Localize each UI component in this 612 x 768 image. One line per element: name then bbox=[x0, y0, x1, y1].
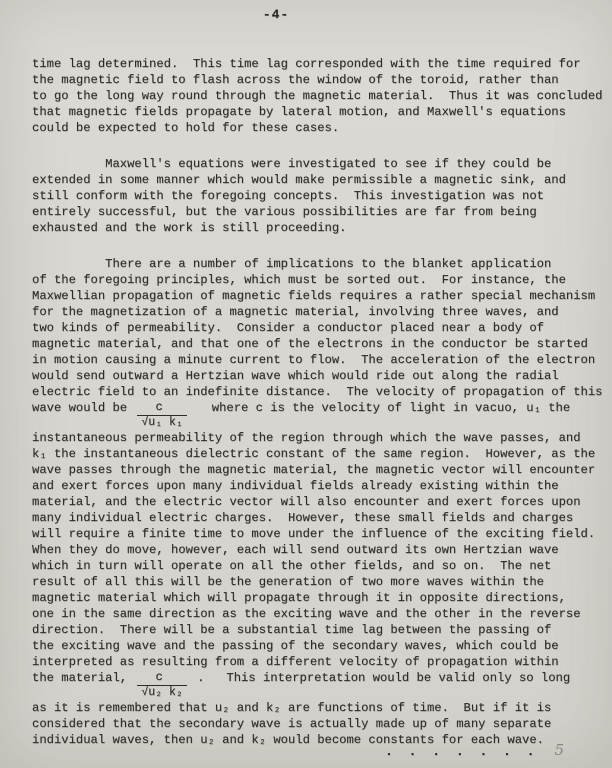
text-line: two kinds of permeability. Consider a co… bbox=[32, 320, 606, 336]
text-line: result of all this will be the generatio… bbox=[32, 574, 606, 590]
text-line: many individual electric charges. Howeve… bbox=[32, 510, 606, 526]
text-line: extended in some manner which would make… bbox=[32, 172, 606, 188]
text-line: the magnetic field to flash across the w… bbox=[32, 72, 606, 88]
text-line: one in the same direction as the excitin… bbox=[32, 606, 606, 622]
text-line: instantaneous permeability of the region… bbox=[32, 430, 606, 446]
text-line: will require a finite time to move under… bbox=[32, 526, 606, 542]
text-line: and exert forces upon many individual fi… bbox=[32, 478, 606, 494]
text-line: the exciting wave and the passing of the… bbox=[32, 638, 606, 654]
text-line: time lag determined. This time lag corre… bbox=[32, 56, 606, 72]
text-line: that magnetic fields propagate by latera… bbox=[32, 104, 606, 120]
text-line: could be expected to hold for these case… bbox=[32, 120, 606, 136]
page-footer: . . . . . . .5 bbox=[385, 741, 564, 760]
blank-line bbox=[32, 236, 606, 256]
body-text: time lag determined. This time lag corre… bbox=[32, 56, 606, 748]
text-line: magnetic material which will propagate t… bbox=[32, 590, 606, 606]
text-line: entirely successful, but the various pos… bbox=[32, 204, 606, 220]
text-line: There are a number of implications to th… bbox=[32, 256, 606, 272]
text-line: material, and the electric vector will a… bbox=[32, 494, 606, 510]
text-line: electric field to an indefinite distance… bbox=[32, 384, 606, 400]
text-line: k₁ the instantaneous dielectric constant… bbox=[32, 446, 606, 462]
page-number-top: -4- bbox=[0, 7, 582, 22]
text-line: would send outward a Hertzian wave which… bbox=[32, 368, 606, 384]
text-line: wave passes through the magnetic materia… bbox=[32, 462, 606, 478]
text-line: for the magnetization of a magnetic mate… bbox=[32, 304, 606, 320]
text-line: which in turn will operate on all the ot… bbox=[32, 558, 606, 574]
text-line: interpreted as resulting from a differen… bbox=[32, 654, 606, 670]
text-line: still conform with the foregoing concept… bbox=[32, 188, 606, 204]
text-line: in motion causing a minute current to fl… bbox=[32, 352, 606, 368]
text-line: Maxwell's equations were investigated to… bbox=[32, 156, 606, 172]
text-line: the material, c√u₂ k₂ . This interpretat… bbox=[32, 670, 606, 700]
text-line: to go the long way round through the mag… bbox=[32, 88, 606, 104]
text-line: When they do move, however, each will se… bbox=[32, 542, 606, 558]
text-line: wave would be c√u₁ k₁ where c is the vel… bbox=[32, 400, 606, 430]
document-page: -4- time lag determined. This time lag c… bbox=[0, 0, 612, 768]
text-line: Maxwellian propagation of magnetic field… bbox=[32, 288, 606, 304]
text-line: exhausted and the work is still proceedi… bbox=[32, 220, 606, 236]
text-line: of the foregoing principles, which must … bbox=[32, 272, 606, 288]
text-line: direction. There will be a substantial t… bbox=[32, 622, 606, 638]
fraction-formula: c√u₁ k₁ bbox=[137, 400, 186, 430]
fraction-formula: c√u₂ k₂ bbox=[137, 670, 186, 700]
text-line: considered that the secondary wave is ac… bbox=[32, 716, 606, 732]
footer-continuation-dots: . . . . . . . bbox=[385, 744, 538, 759]
text-line: as it is remembered that u₂ and k₂ are f… bbox=[32, 700, 606, 716]
blank-line bbox=[32, 136, 606, 156]
text-line: magnetic material, and that one of the e… bbox=[32, 336, 606, 352]
footer-page-number: 5 bbox=[554, 741, 564, 759]
